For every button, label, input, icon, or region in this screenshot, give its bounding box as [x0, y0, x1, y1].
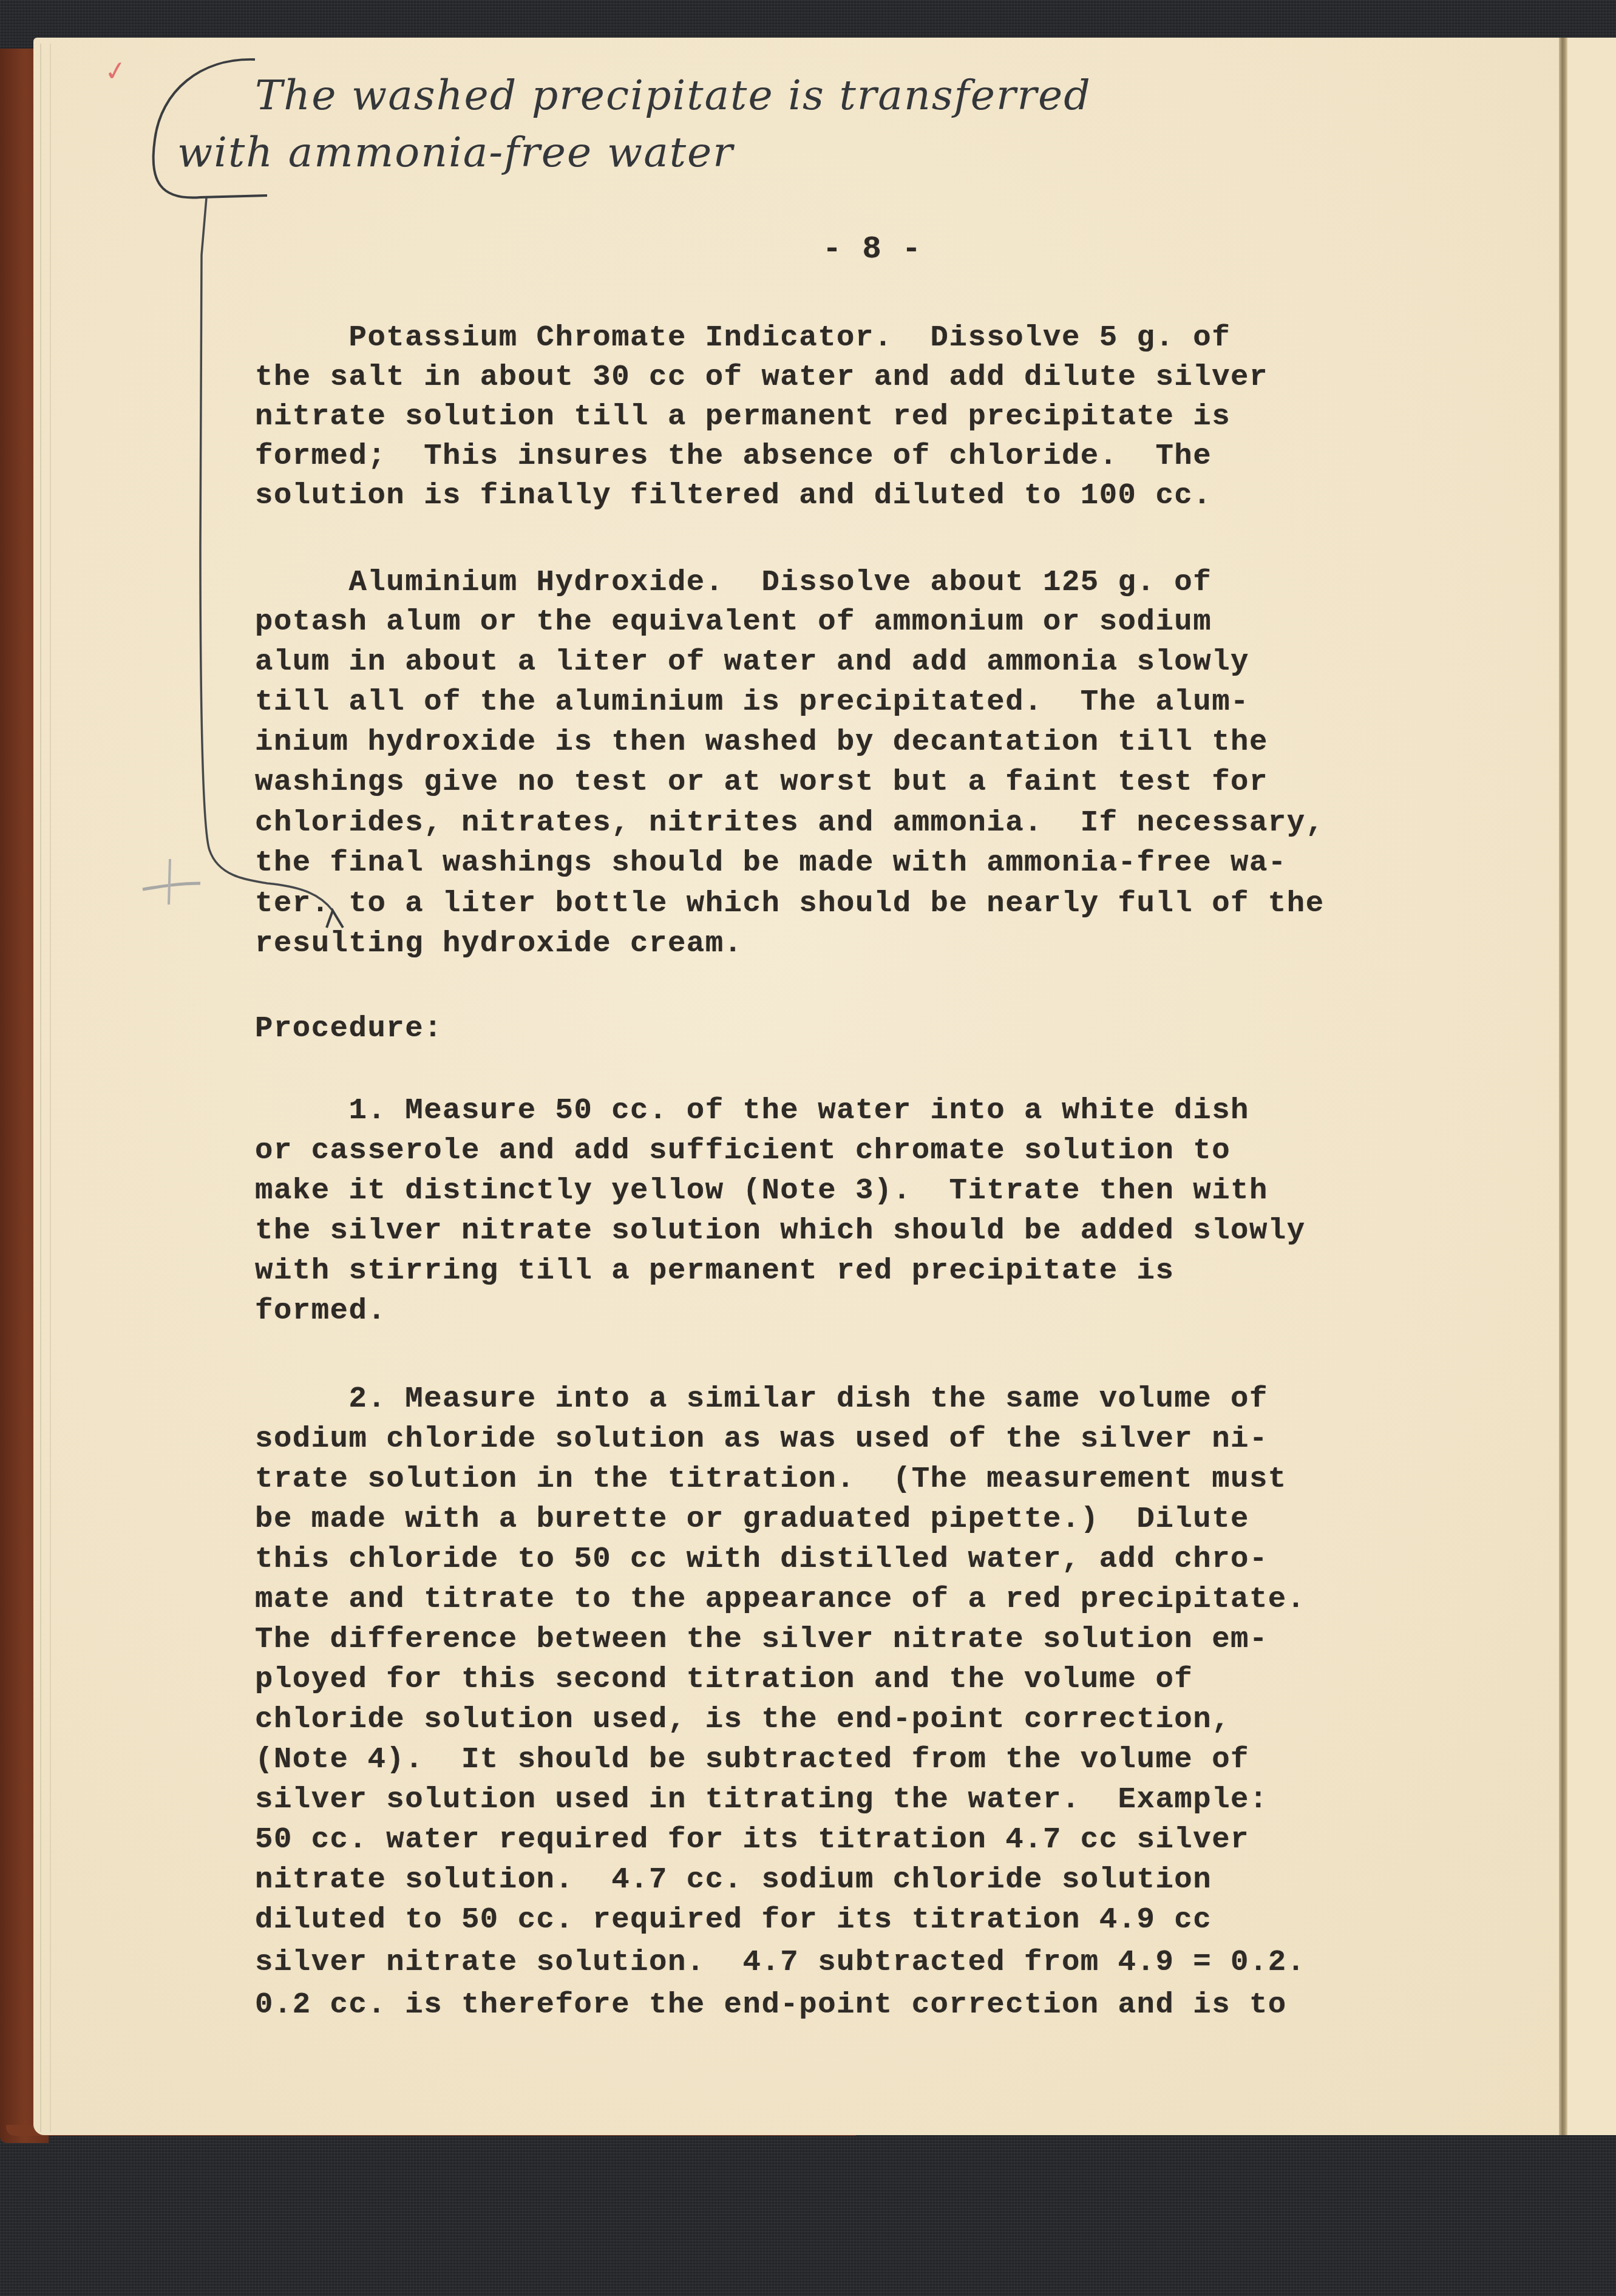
- text-line: diluted to 50 cc. required for its titra…: [255, 1905, 1212, 1935]
- text-line: ter. to a liter bottle which should be n…: [255, 889, 1325, 919]
- text-line: alum in about a liter of water and add a…: [255, 647, 1249, 677]
- text-line: sodium chloride solution as was used of …: [255, 1424, 1268, 1454]
- text-line: 0.2 cc. is therefore the end-point corre…: [255, 1990, 1287, 2020]
- text-line: resulting hydroxide cream.: [255, 929, 743, 959]
- text-line: with stirring till a permanent red preci…: [255, 1256, 1174, 1286]
- text-line: silver solution used in titrating the wa…: [255, 1785, 1268, 1815]
- red-check-mark-icon: ✓: [103, 55, 129, 89]
- text-line: washings give no test or at worst but a …: [255, 767, 1268, 797]
- text-line: trate solution in the titration. (The me…: [255, 1464, 1287, 1494]
- text-line: chloride solution used, is the end-point…: [255, 1705, 1231, 1734]
- text-line: formed.: [255, 1296, 386, 1326]
- text-line: 50 cc. water required for its titration …: [255, 1825, 1249, 1855]
- text-line: ployed for this second titration and the…: [255, 1665, 1193, 1694]
- text-line: nitrate solution till a permanent red pr…: [255, 402, 1231, 432]
- text-line: nitrate solution. 4.7 cc. sodium chlorid…: [255, 1865, 1212, 1895]
- text-line: this chloride to 50 cc with distilled wa…: [255, 1544, 1268, 1574]
- text-line: Aluminium Hydroxide. Dissolve about 125 …: [255, 568, 1212, 597]
- text-line: be made with a burette or graduated pipe…: [255, 1504, 1249, 1534]
- text-line: till all of the aluminium is precipitate…: [255, 687, 1249, 717]
- handwritten-note-line-1: The washed precipitate is transferred: [255, 72, 1091, 120]
- text-line: the final washings should be made with a…: [255, 848, 1287, 878]
- text-line: Potassium Chromate Indicator. Dissolve 5…: [255, 323, 1231, 353]
- text-line: the salt in about 30 cc of water and add…: [255, 362, 1268, 392]
- text-line: the silver nitrate solution which should…: [255, 1216, 1306, 1246]
- page-number: - 8 -: [823, 234, 922, 265]
- text-line: inium hydroxide is then washed by decant…: [255, 727, 1268, 757]
- text-line: solution is finally filtered and diluted…: [255, 481, 1212, 511]
- text-line: silver nitrate solution. 4.7 subtracted …: [255, 1948, 1306, 1977]
- text-line: mate and titrate to the appearance of a …: [255, 1584, 1306, 1614]
- handwritten-note-line-2: with ammonia-free water: [177, 129, 734, 177]
- text-line: potash alum or the equivalent of ammoniu…: [255, 607, 1212, 637]
- text-line: (Note 4). It should be subtracted from t…: [255, 1745, 1249, 1775]
- text-line: formed; This insures the absence of chlo…: [255, 441, 1212, 471]
- procedure-heading: Procedure:: [255, 1014, 443, 1044]
- text-line: make it distinctly yellow (Note 3). Titr…: [255, 1176, 1268, 1206]
- text-line: or casserole and add sufficient chromate…: [255, 1136, 1231, 1166]
- text-line: chlorides, nitrates, nitrites and ammoni…: [255, 808, 1325, 838]
- text-line: The difference between the silver nitrat…: [255, 1625, 1268, 1654]
- text-line: 2. Measure into a similar dish the same …: [255, 1384, 1268, 1414]
- text-line: 1. Measure 50 cc. of the water into a wh…: [255, 1096, 1249, 1126]
